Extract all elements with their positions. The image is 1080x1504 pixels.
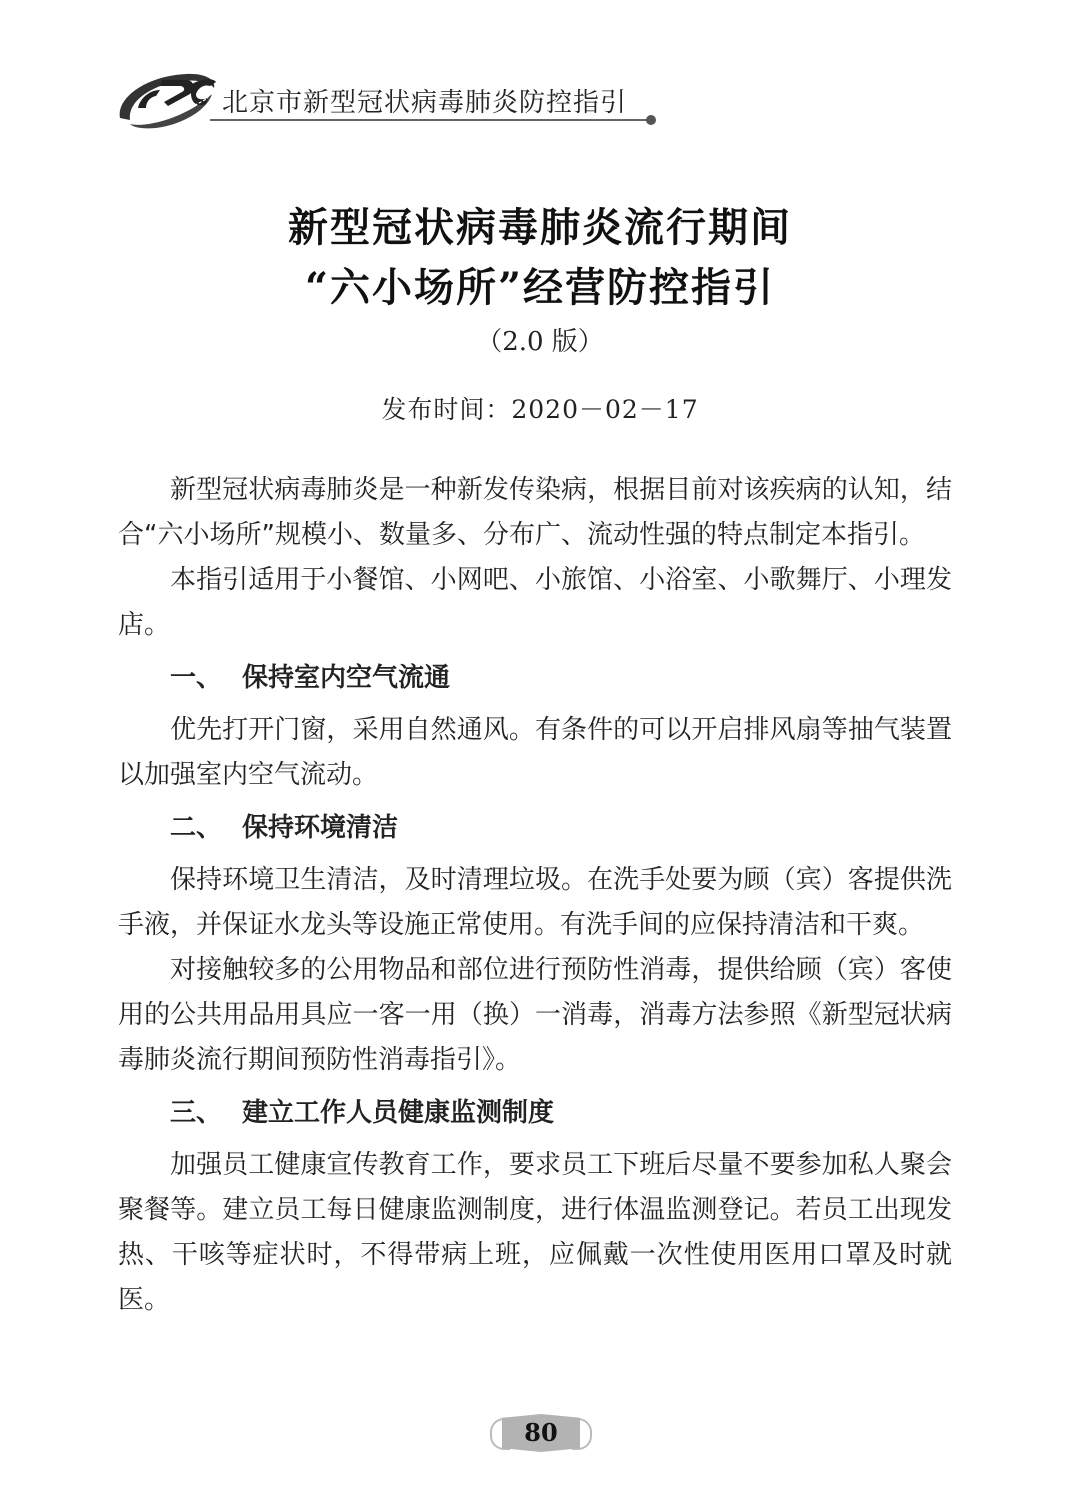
section-number: 二、 (170, 802, 242, 854)
cdc-logo-icon (116, 68, 221, 130)
section-3-paragraph-1: 加强员工健康宣传教育工作，要求员工下班后尽量不要参加私人聚会聚餐等。建立员工每日… (118, 1143, 952, 1323)
document-title-line-2: “六小场所”经营防控指引 (0, 258, 1080, 318)
section-2-paragraph-1: 保持环境卫生清洁，及时清理垃圾。在洗手处要为顾（宾）客提供洗手液，并保证水龙头等… (118, 858, 952, 948)
header-rule (210, 119, 650, 121)
page-number-badge: 80 (488, 1410, 594, 1460)
section-1-paragraph-1: 优先打开门窗，采用自然通风。有条件的可以开启排风扇等抽气装置以加强室内空气流动。 (118, 708, 952, 798)
document-title-line-1: 新型冠状病毒肺炎流行期间 (0, 198, 1080, 258)
section-heading-1: 一、保持室内空气流通 (118, 652, 952, 704)
document-version: （2.0 版） (0, 320, 1080, 364)
document-title-block: 新型冠状病毒肺炎流行期间 “六小场所”经营防控指引 （2.0 版） 发布时间：2… (0, 198, 1080, 430)
running-header: 北京市新型冠状病毒肺炎防控指引 (110, 66, 660, 136)
header-title: 北京市新型冠状病毒肺炎防控指引 (222, 82, 627, 119)
section-heading-3: 三、建立工作人员健康监测制度 (118, 1087, 952, 1139)
document-body: 新型冠状病毒肺炎是一种新发传染病，根据目前对该疾病的认知，结合“六小场所”规模小… (118, 468, 952, 1323)
intro-paragraph-1: 新型冠状病毒肺炎是一种新发传染病，根据目前对该疾病的认知，结合“六小场所”规模小… (118, 468, 952, 558)
section-2-paragraph-2: 对接触较多的公用物品和部位进行预防性消毒，提供给顾（宾）客使用的公共用品用具应一… (118, 948, 952, 1083)
page-number: 80 (502, 1416, 580, 1450)
intro-paragraph-2: 本指引适用于小餐馆、小网吧、小旅馆、小浴室、小歌舞厅、小理发店。 (118, 558, 952, 648)
section-number: 一、 (170, 652, 242, 704)
section-heading-2: 二、保持环境清洁 (118, 802, 952, 854)
section-title: 保持环境清洁 (242, 813, 398, 843)
section-title: 建立工作人员健康监测制度 (242, 1098, 554, 1128)
header-rule-dot (646, 115, 656, 125)
section-title: 保持室内空气流通 (242, 663, 450, 693)
publish-date: 发布时间：2020－02－17 (0, 390, 1080, 430)
section-number: 三、 (170, 1087, 242, 1139)
